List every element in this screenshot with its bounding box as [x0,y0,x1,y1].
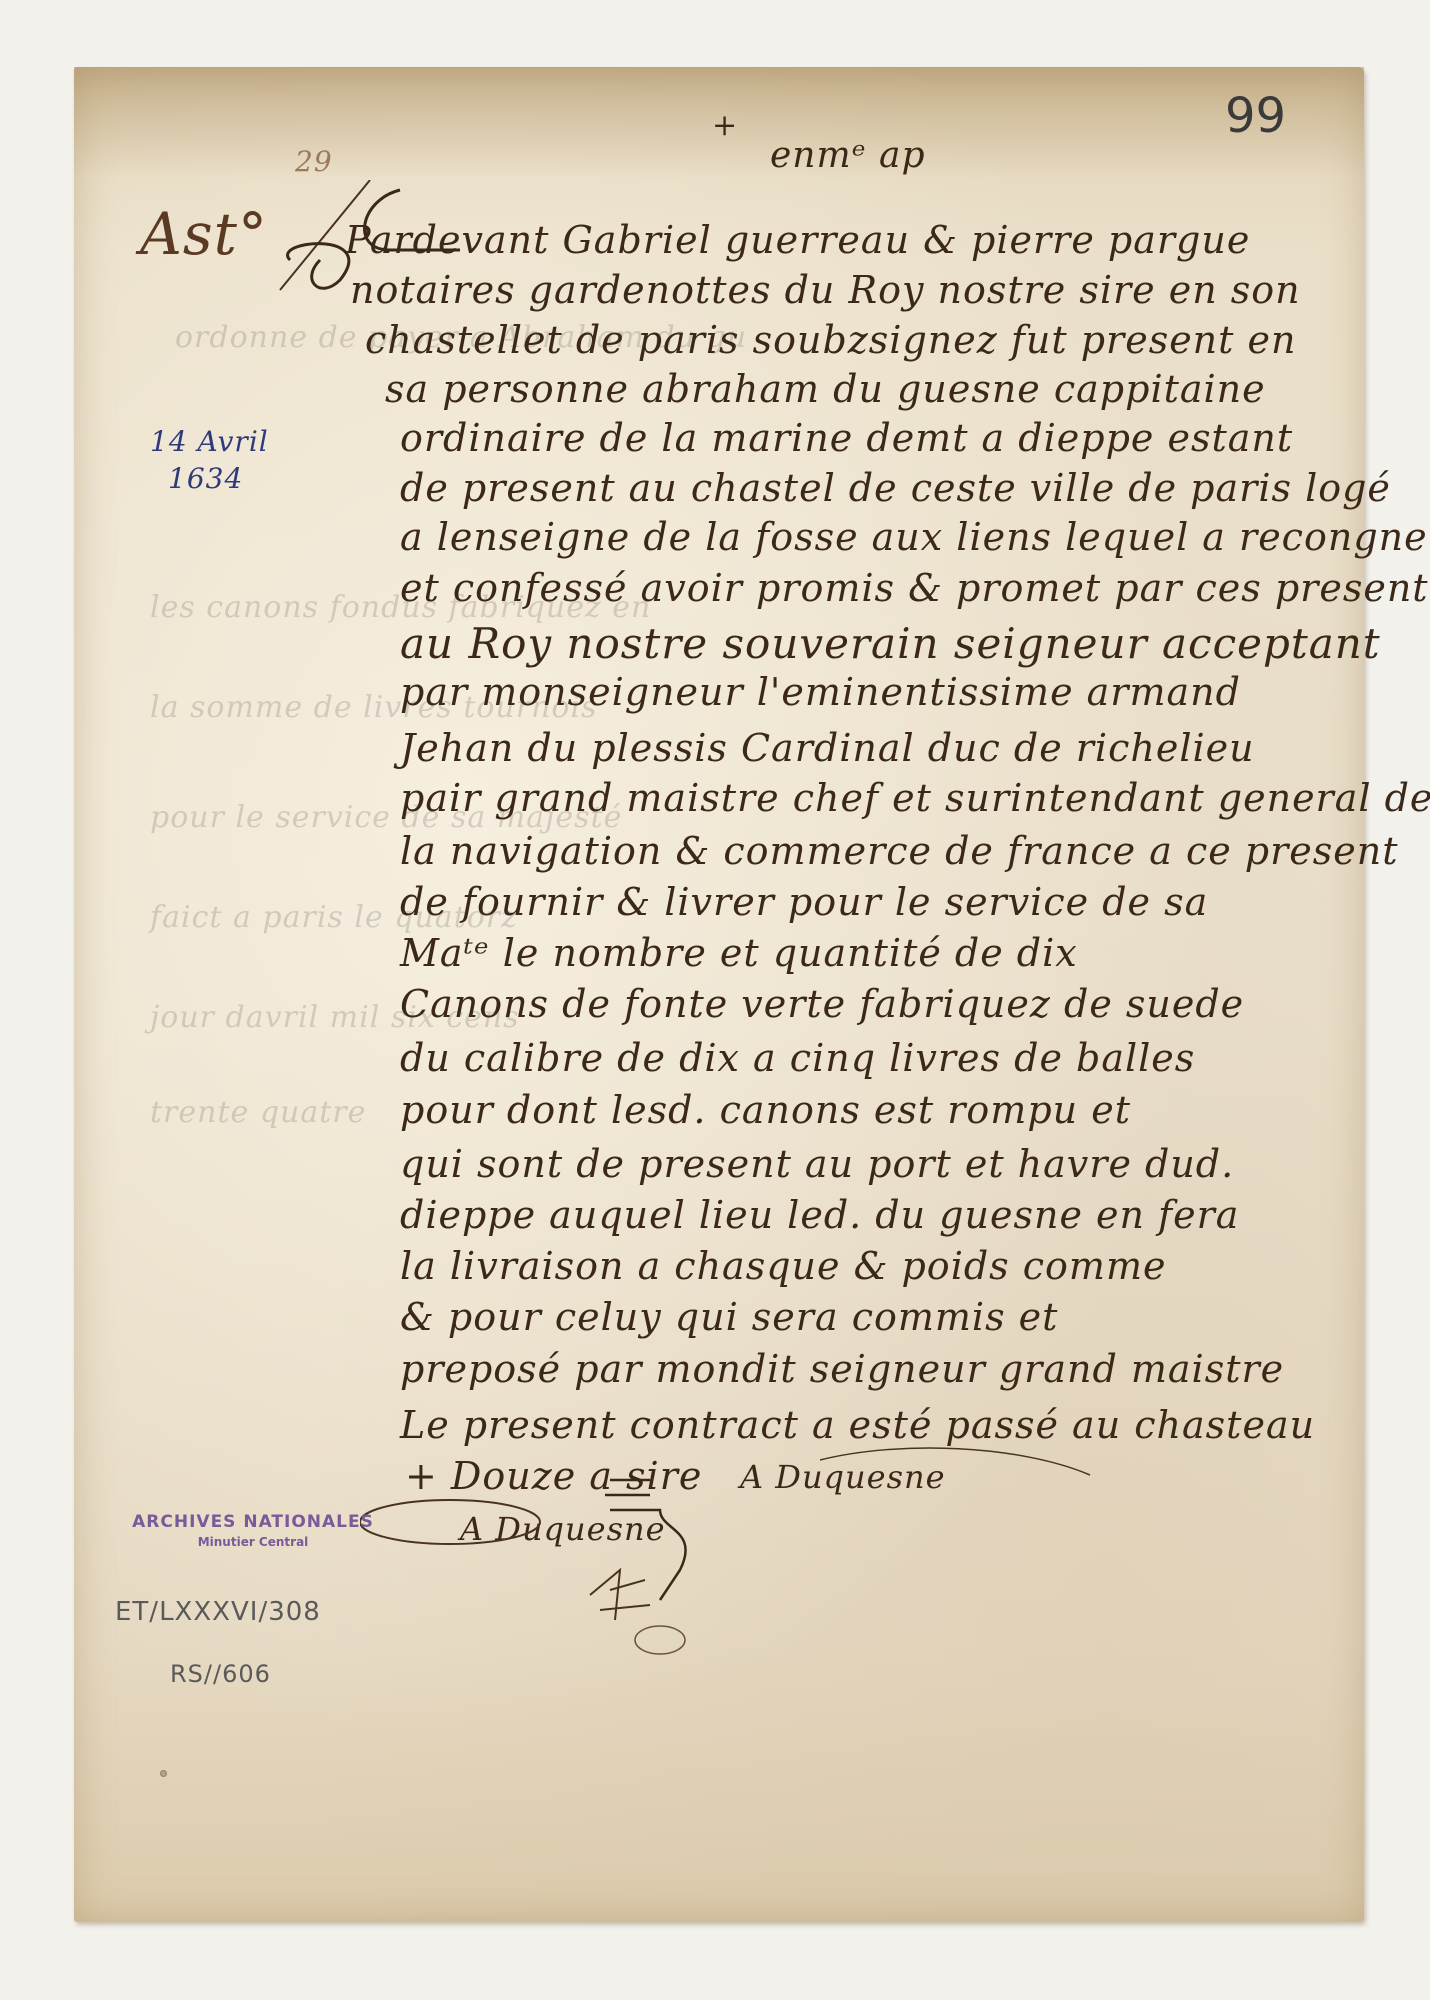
binding-hole [160,1770,167,1777]
text-line-19: qui sont de present au port et havre dud… [400,1142,1234,1186]
marginal-date-year: 1634 [168,462,243,495]
text-line-17: du calibre de dix a cinq livres de balle… [400,1036,1195,1080]
header-text: enmᵉ ap [770,135,926,176]
text-line-8: et confessé avoir promis & promet par ce… [400,566,1430,610]
text-line-22: & pour celuy qui sera commis et [400,1295,1058,1339]
text-line-23: preposé par mondit seigneur grand maistr… [400,1347,1284,1391]
top-left-mark: 29 [295,145,333,178]
text-line-18: pour dont lesd. canons est rompu et [400,1088,1131,1132]
text-line-14: de fournir & livrer pour le service de s… [400,880,1208,924]
marginal-initials: Ast° [140,200,268,268]
reference-number: RS//606 [170,1660,271,1688]
text-line-24: Le present contract a esté passé au chas… [400,1403,1315,1447]
text-line-5: ordinaire de la marine demt a dieppe est… [400,416,1293,460]
archive-stamp: ARCHIVES NATIONALES Minutier Central [118,1512,388,1549]
folio-number: 99 [1225,88,1286,144]
archive-stamp-title: ARCHIVES NATIONALES [118,1512,388,1532]
text-line-12: pair grand maistre chef et surintendant … [400,776,1430,820]
text-line-13: la navigation & commerce de france a ce … [400,829,1399,873]
text-line-9: au Roy nostre souverain seigneur accepta… [400,619,1381,668]
text-line-3: chastellet de paris soubzsignez fut pres… [365,318,1296,362]
call-number: ET/LXXXVI/308 [115,1597,321,1627]
text-line-1: Pardevant Gabriel guerreau & pierre parg… [345,218,1250,262]
marginal-date-day: 14 Avril [150,425,269,458]
text-line-11: Jehan du plessis Cardinal duc de richeli… [400,726,1255,770]
bleed-through-line: trente quatre [150,1095,366,1130]
header-cross: + [712,108,738,143]
signature-right-flourish [820,1445,1120,1485]
text-line-4: sa personne abraham du guesne cappitaine [385,367,1266,411]
text-line-16: Canons de fonte verte fabriquez de suede [400,982,1244,1026]
text-line-10: par monseigneur l'eminentissime armand [400,670,1241,714]
signature-flourish [360,1470,760,1660]
text-line-15: Maᵗᵉ le nombre et quantité de dix [400,931,1078,975]
text-line-6: de present au chastel de ceste ville de … [400,466,1391,510]
text-line-2: notaires gardenottes du Roy nostre sire … [350,268,1301,312]
text-line-20: dieppe auquel lieu led. du guesne en fer… [400,1193,1239,1237]
text-line-7: a lenseigne de la fosse aux liens lequel… [400,515,1430,559]
archive-stamp-subtitle: Minutier Central [118,1535,388,1549]
text-line-21: la livraison a chasque & poids comme [400,1244,1166,1288]
